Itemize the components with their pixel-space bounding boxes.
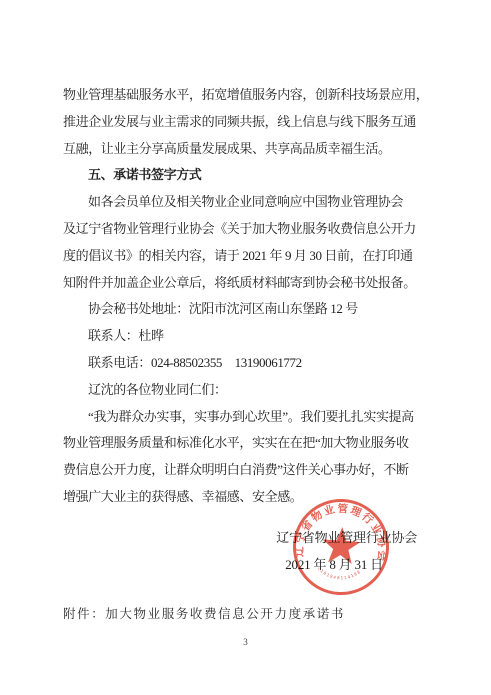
- body-line: 费信息公开力度，让群众明明白白消费”这件关心事办好，不断: [63, 457, 435, 484]
- body-line: 知附件并加盖企业公章后，将纸质材料邮寄到协会秘书处报备。: [63, 270, 435, 297]
- contact-phone-line: 联系电话：024-88502355 13190061772: [63, 350, 435, 377]
- body-line: 及辽宁省物业管理行业协会《关于加大物业服务收费信息公开力: [63, 216, 435, 243]
- secretariat-address-line: 协会秘书处地址：沈阳市沈河区南山东堡路 12 号: [63, 296, 435, 323]
- body-line: 互融，让业主分享高质量发展成果、共享高品质幸福生活。: [63, 136, 435, 163]
- salutation-line: 辽沈的各位物业同仁们：: [63, 377, 435, 404]
- attachment-note: 附件：加大物业服务收费信息公开力度承诺书: [63, 604, 345, 622]
- body-line: 度的倡议书》的相关内容，请于 2021 年 9 月 30 日前，在打印通: [63, 243, 435, 270]
- section-heading: 五、承诺书签字方式: [63, 162, 435, 189]
- document-body: 物业管理基础服务水平，拓宽增值服务内容，创新科技场景应用， 推进企业发展与业主需…: [63, 82, 435, 511]
- contact-person-line: 联系人：杜晔: [63, 323, 435, 350]
- seal-star-icon: [321, 526, 361, 565]
- official-seal-stamp: 辽宁省物业管理行业协会 2101040114188: [288, 494, 395, 601]
- document-page: 物业管理基础服务水平，拓宽增值服务内容，创新科技场景应用， 推进企业发展与业主需…: [0, 0, 491, 695]
- seal-serial-number: 2101040114188: [316, 566, 362, 582]
- body-line: 物业管理服务质量和标准化水平，实实在在把“加大物业服务收: [63, 430, 435, 457]
- body-line: 如各会员单位及相关物业企业同意响应中国物业管理协会: [63, 189, 435, 216]
- body-line: 推进企业发展与业主需求的同频共振，线上信息与线下服务互通: [63, 109, 435, 136]
- body-line: 物业管理基础服务水平，拓宽增值服务内容，创新科技场景应用，: [63, 82, 435, 109]
- body-line: “我为群众办实事，实事办到心坎里”。我们要扎扎实实提高: [63, 404, 435, 431]
- page-number: 3: [0, 637, 491, 647]
